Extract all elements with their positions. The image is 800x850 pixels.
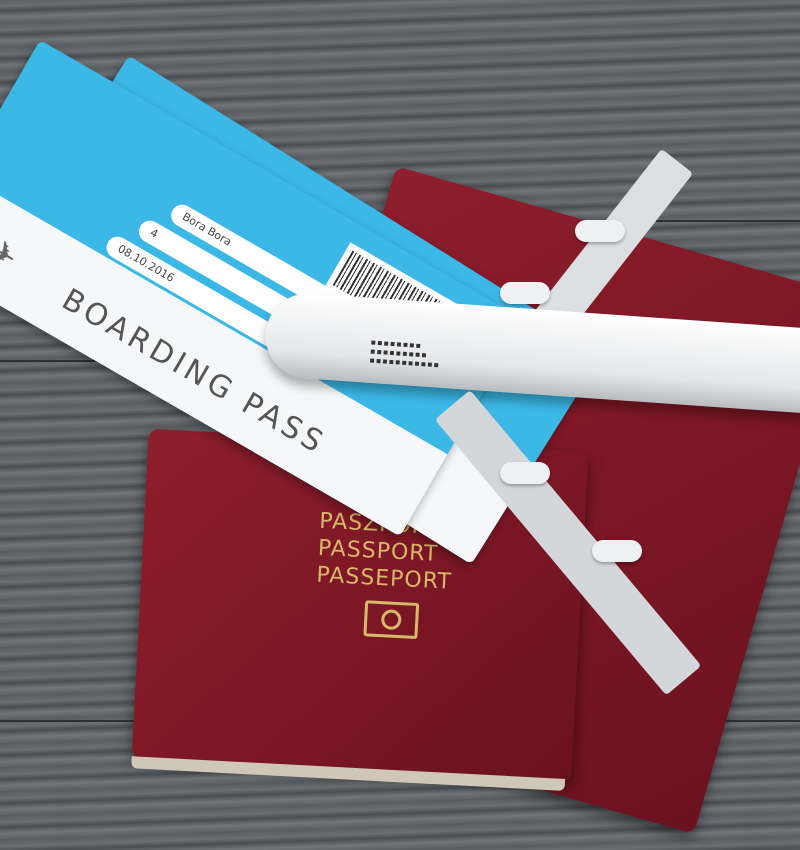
airplane-engine bbox=[592, 540, 642, 562]
airplane-engine bbox=[500, 462, 550, 484]
airplane-icon: ✈ bbox=[0, 230, 24, 279]
biometric-chip-icon bbox=[363, 600, 419, 639]
airplane-engine bbox=[575, 220, 625, 242]
airplane-engine bbox=[500, 282, 550, 304]
airplane-windows: ▪▪▪▪▪▪▪▪ ▪▪▪▪▪▪▪▪▪ ▪▪▪▪▪▪▪▪▪▪▪ bbox=[369, 338, 441, 370]
passport-line: PASSEPORT bbox=[316, 562, 453, 596]
